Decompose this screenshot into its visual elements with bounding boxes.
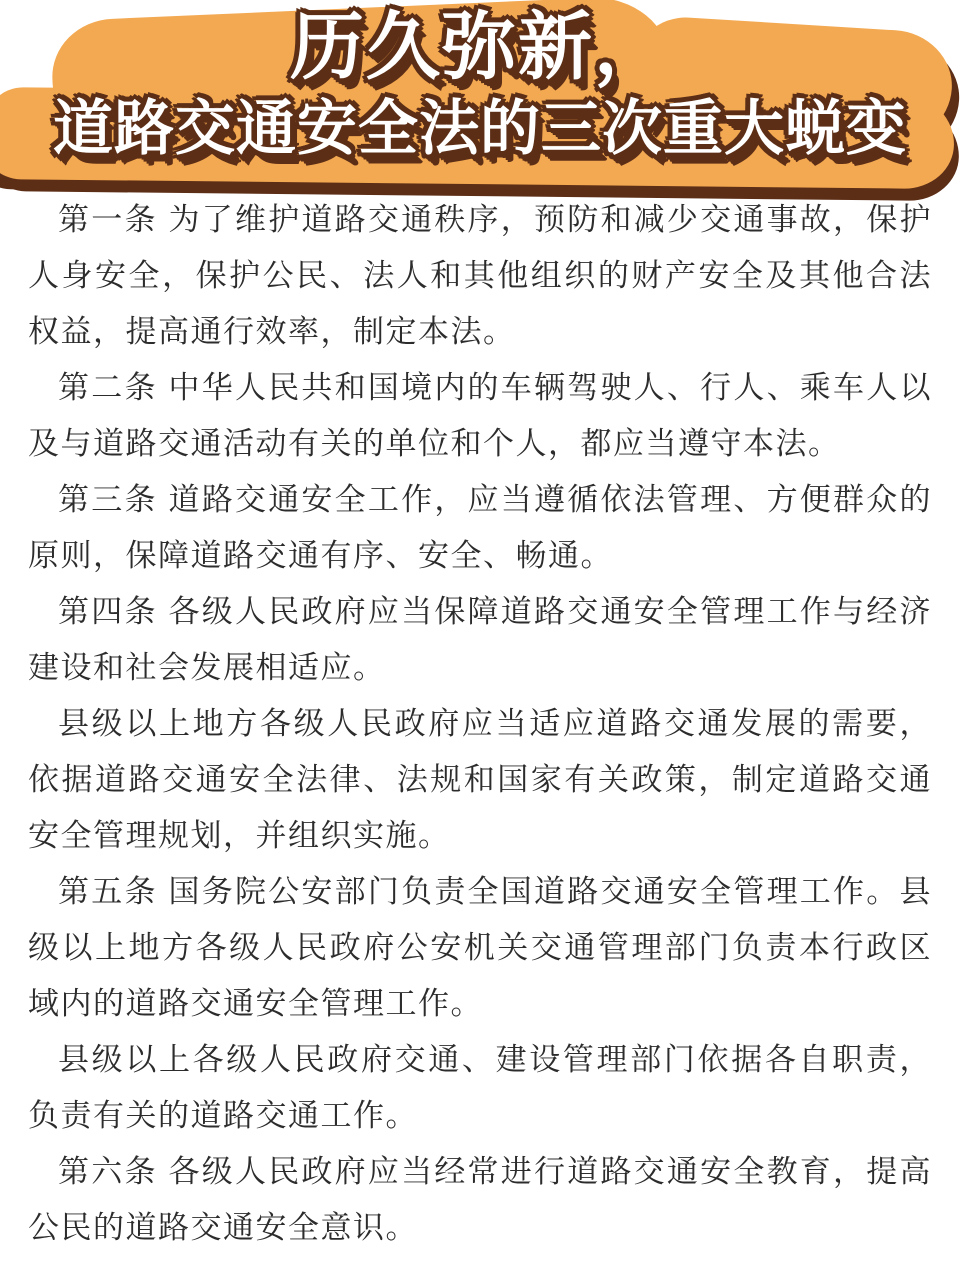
law-paragraph-article-4: 第四条 各级人民政府应当保障道路交通安全管理工作与经济建设和社会发展相适应。 xyxy=(28,584,932,696)
page-title: 历久弥新， 道路交通安全法的三次重大蜕变 xyxy=(0,4,960,168)
law-paragraph-article-2: 第二条 中华人民共和国境内的车辆驾驶人、行人、乘车人以及与道路交通活动有关的单位… xyxy=(28,360,932,472)
law-paragraph-article-3: 第三条 道路交通安全工作，应当遵循依法管理、方便群众的原则，保障道路交通有序、安… xyxy=(28,472,932,584)
page-title-line-2: 道路交通安全法的三次重大蜕变 xyxy=(0,90,960,168)
law-paragraph-article-1: 第一条 为了维护道路交通秩序，预防和减少交通事故，保护人身安全，保护公民、法人和… xyxy=(28,192,932,360)
law-paragraph-article-5: 第五条 国务院公安部门负责全国道路交通安全管理工作。县级以上地方各级人民政府公安… xyxy=(28,864,932,1032)
law-article-body: 第一条 为了维护道路交通秩序，预防和减少交通事故，保护人身安全，保护公民、法人和… xyxy=(0,188,960,1256)
page-title-line-1: 历久弥新， xyxy=(0,4,960,90)
law-paragraph-article-5-sub: 县级以上各级人民政府交通、建设管理部门依据各自职责，负责有关的道路交通工作。 xyxy=(28,1032,932,1144)
title-banner: 历久弥新， 道路交通安全法的三次重大蜕变 xyxy=(0,0,960,188)
poster-page: { "title": { "line1": "历久弥新，", "line2": … xyxy=(0,0,960,1280)
law-paragraph-article-4-sub: 县级以上地方各级人民政府应当适应道路交通发展的需要，依据道路交通安全法律、法规和… xyxy=(28,696,932,864)
law-paragraph-article-6: 第六条 各级人民政府应当经常进行道路交通安全教育，提高公民的道路交通安全意识。 xyxy=(28,1144,932,1256)
